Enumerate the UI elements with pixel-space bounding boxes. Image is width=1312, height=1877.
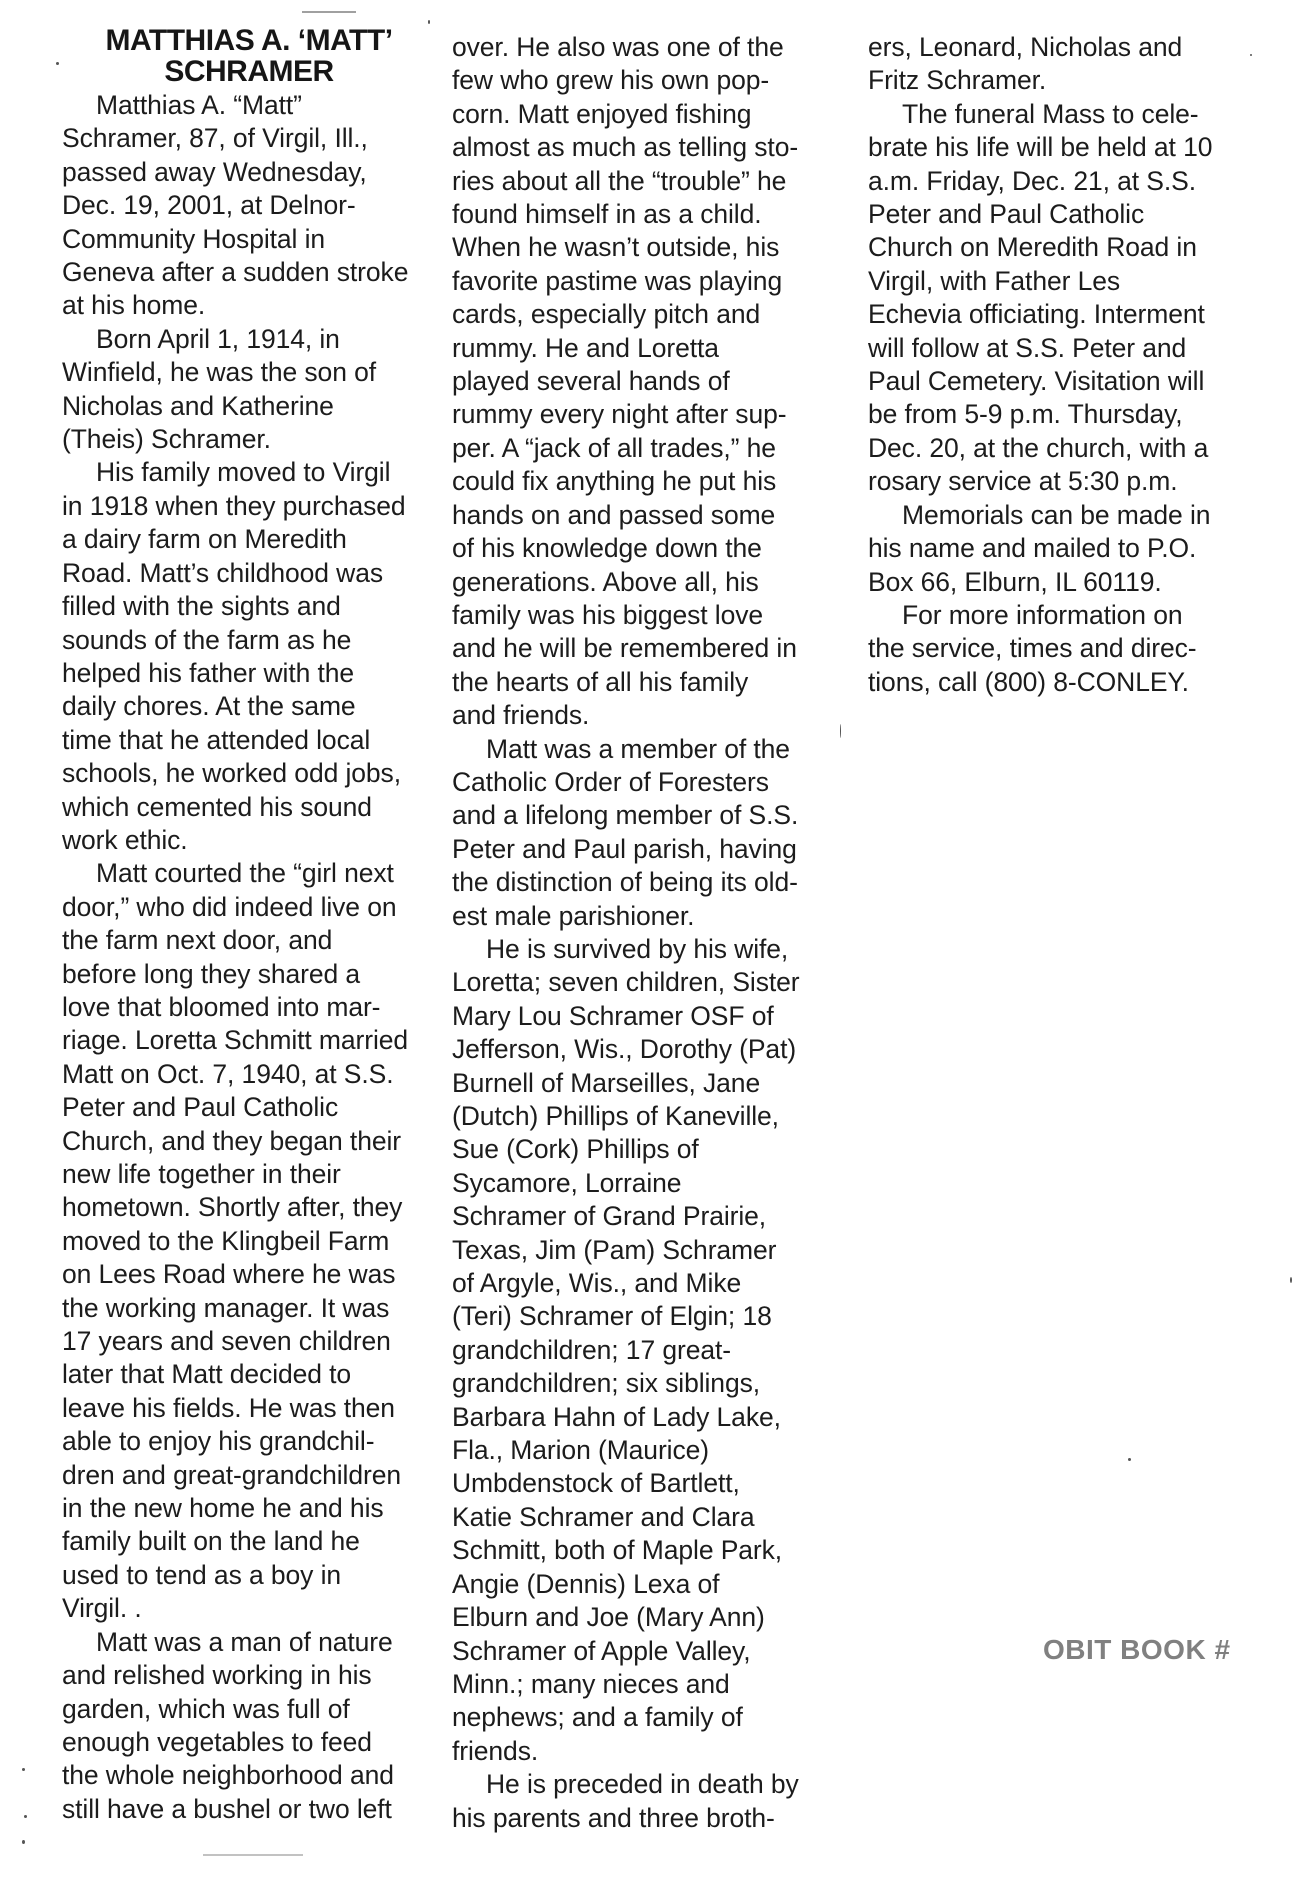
- text-line: cards, especially pitch and: [452, 298, 842, 331]
- text-line: his name and mailed to P.O.: [868, 532, 1248, 565]
- column-2-body: over. He also was one of thefew who grew…: [452, 31, 842, 1835]
- text-line: be from 5-9 p.m. Thursday,: [868, 398, 1248, 431]
- text-line: Fritz Schramer.: [868, 64, 1248, 97]
- text-line: (Dutch) Phillips of Kaneville,: [452, 1100, 842, 1133]
- text-line: and relished working in his: [62, 1659, 422, 1692]
- text-line: and friends.: [452, 699, 842, 732]
- text-line: corn. Matt enjoyed fishing: [452, 98, 842, 131]
- text-line: could fix anything he put his: [452, 465, 842, 498]
- text-line: Virgil, with Father Les: [868, 265, 1248, 298]
- text-line: Angie (Dennis) Lexa of: [452, 1568, 842, 1601]
- column-1-body: Matthias A. “Matt”Schramer, 87, of Virgi…: [62, 89, 422, 1826]
- text-line: est male parishioner.: [452, 900, 842, 933]
- column-1: MATTHIAS A. ‘MATT’ SCHRAMER Matthias A. …: [62, 25, 422, 1826]
- text-line: He is preceded in death by: [452, 1768, 842, 1801]
- text-line: Virgil. .: [62, 1592, 422, 1625]
- text-line: will follow at S.S. Peter and: [868, 332, 1248, 365]
- text-line: sounds of the farm as he: [62, 624, 422, 657]
- text-line: generations. Above all, his: [452, 566, 842, 599]
- text-line: Nicholas and Katherine: [62, 390, 422, 423]
- text-line: helped his father with the: [62, 657, 422, 690]
- text-line: Schramer, 87, of Virgil, Ill.,: [62, 122, 422, 155]
- text-line: Matt was a man of nature: [62, 1626, 422, 1659]
- text-line: of his knowledge down the: [452, 532, 842, 565]
- column-2: over. He also was one of thefew who grew…: [452, 31, 842, 1835]
- text-line: and he will be remembered in: [452, 632, 842, 665]
- text-line: the working manager. It was: [62, 1292, 422, 1325]
- text-line: Community Hospital in: [62, 223, 422, 256]
- text-line: Fla., Marion (Maurice): [452, 1434, 842, 1467]
- text-line: favorite pastime was playing: [452, 265, 842, 298]
- text-line: over. He also was one of the: [452, 31, 842, 64]
- text-line: friends.: [452, 1735, 842, 1768]
- text-line: Box 66, Elburn, IL 60119.: [868, 566, 1248, 599]
- text-line: rummy every night after sup-: [452, 398, 842, 431]
- text-line: Sycamore, Lorraine: [452, 1167, 842, 1200]
- text-line: hometown. Shortly after, they: [62, 1191, 422, 1224]
- text-line: Born April 1, 1914, in: [62, 323, 422, 356]
- scan-speck: [24, 1815, 27, 1818]
- text-line: Matt courted the “girl next: [62, 857, 422, 890]
- text-line: Schramer of Apple Valley,: [452, 1635, 842, 1668]
- text-line: Sue (Cork) Phillips of: [452, 1133, 842, 1166]
- text-line: Umbdenstock of Bartlett,: [452, 1467, 842, 1500]
- text-line: few who grew his own pop-: [452, 64, 842, 97]
- text-line: Road. Matt’s childhood was: [62, 557, 422, 590]
- text-line: the distinction of being its old-: [452, 866, 842, 899]
- text-line: Paul Cemetery. Visitation will: [868, 365, 1248, 398]
- text-line: enough vegetables to feed: [62, 1726, 422, 1759]
- text-line: Geneva after a sudden stroke: [62, 256, 422, 289]
- text-line: Jefferson, Wis., Dorothy (Pat): [452, 1033, 842, 1066]
- text-line: Winfield, he was the son of: [62, 356, 422, 389]
- text-line: Texas, Jim (Pam) Schramer: [452, 1234, 842, 1267]
- text-line: Catholic Order of Foresters: [452, 766, 842, 799]
- text-line: Matthias A. “Matt”: [62, 89, 422, 122]
- text-line: Church, and they began their: [62, 1125, 422, 1158]
- text-line: (Theis) Schramer.: [62, 423, 422, 456]
- text-line: Peter and Paul Catholic: [868, 198, 1248, 231]
- text-line: brate his life will be held at 10: [868, 131, 1248, 164]
- text-line: hands on and passed some: [452, 499, 842, 532]
- text-line: a dairy farm on Meredith: [62, 523, 422, 556]
- obit-book-stamp: OBIT BOOK #: [1043, 1634, 1231, 1666]
- text-line: door,” who did indeed live on: [62, 891, 422, 924]
- text-line: work ethic.: [62, 824, 422, 857]
- text-line: 17 years and seven children: [62, 1325, 422, 1358]
- text-line: which cemented his sound: [62, 791, 422, 824]
- text-line: on Lees Road where he was: [62, 1258, 422, 1291]
- text-line: filled with the sights and: [62, 590, 422, 623]
- text-line: his parents and three broth-: [452, 1802, 842, 1835]
- text-line: schools, he worked odd jobs,: [62, 757, 422, 790]
- text-line: Schramer of Grand Prairie,: [452, 1200, 842, 1233]
- text-line: ers, Leonard, Nicholas and: [868, 31, 1248, 64]
- text-line: still have a bushel or two left: [62, 1793, 422, 1826]
- text-line: Memorials can be made in: [868, 499, 1248, 532]
- text-line: family was his biggest love: [452, 599, 842, 632]
- text-line: played several hands of: [452, 365, 842, 398]
- text-line: before long they shared a: [62, 958, 422, 991]
- text-line: riage. Loretta Schmitt married: [62, 1024, 422, 1057]
- text-line: Church on Meredith Road in: [868, 231, 1248, 264]
- text-line: When he wasn’t outside, his: [452, 231, 842, 264]
- scan-speck: [1128, 1458, 1131, 1461]
- text-line: Loretta; seven children, Sister: [452, 966, 842, 999]
- text-line: dren and great-grandchildren: [62, 1459, 422, 1492]
- bottom-rule-divider: [203, 1854, 303, 1856]
- text-line: He is survived by his wife,: [452, 933, 842, 966]
- text-line: at his home.: [62, 289, 422, 322]
- text-line: Barbara Hahn of Lady Lake,: [452, 1401, 842, 1434]
- text-line: passed away Wednesday,: [62, 156, 422, 189]
- text-line: able to enjoy his grandchil-: [62, 1425, 422, 1458]
- text-line: used to tend as a boy in: [62, 1559, 422, 1592]
- text-line: leave his fields. He was then: [62, 1392, 422, 1425]
- text-line: the whole neighborhood and: [62, 1759, 422, 1792]
- text-line: (Teri) Schramer of Elgin; 18: [452, 1300, 842, 1333]
- text-line: Mary Lou Schramer OSF of: [452, 1000, 842, 1033]
- text-line: a.m. Friday, Dec. 21, at S.S.: [868, 165, 1248, 198]
- text-line: Burnell of Marseilles, Jane: [452, 1067, 842, 1100]
- text-line: new life together in their: [62, 1158, 422, 1191]
- text-line: tions, call (800) 8-CONLEY.: [868, 666, 1248, 699]
- text-line: per. A “jack of all trades,” he: [452, 432, 842, 465]
- text-line: Matt on Oct. 7, 1940, at S.S.: [62, 1058, 422, 1091]
- text-line: Peter and Paul parish, having: [452, 833, 842, 866]
- text-line: in the new home he and his: [62, 1492, 422, 1525]
- text-line: the service, times and direc-: [868, 632, 1248, 665]
- text-line: His family moved to Virgil: [62, 456, 422, 489]
- text-line: of Argyle, Wis., and Mike: [452, 1267, 842, 1300]
- text-line: daily chores. At the same: [62, 690, 422, 723]
- column-3: ers, Leonard, Nicholas andFritz Schramer…: [868, 31, 1248, 699]
- text-line: The funeral Mass to cele-: [868, 98, 1248, 131]
- text-line: Dec. 20, at the church, with a: [868, 432, 1248, 465]
- text-line: Dec. 19, 2001, at Delnor-: [62, 189, 422, 222]
- text-line: and a lifelong member of S.S.: [452, 799, 842, 832]
- headline-line-1: MATTHIAS A. ‘MATT’: [76, 25, 422, 56]
- text-line: the hearts of all his family: [452, 666, 842, 699]
- text-line: Peter and Paul Catholic: [62, 1091, 422, 1124]
- scan-speck: [428, 20, 430, 24]
- text-line: love that bloomed into mar-: [62, 991, 422, 1024]
- text-line: garden, which was full of: [62, 1693, 422, 1726]
- text-line: rosary service at 5:30 p.m.: [868, 465, 1248, 498]
- text-line: Echevia officiating. Interment: [868, 298, 1248, 331]
- text-line: family built on the land he: [62, 1525, 422, 1558]
- text-line: Matt was a member of the: [452, 733, 842, 766]
- text-line: Elburn and Joe (Mary Ann): [452, 1601, 842, 1634]
- scan-speck: [1250, 54, 1252, 56]
- headline-line-2: SCHRAMER: [76, 56, 422, 87]
- text-line: time that he attended local: [62, 724, 422, 757]
- text-line: ries about all the “trouble” he: [452, 165, 842, 198]
- text-line: Minn.; many nieces and: [452, 1668, 842, 1701]
- text-line: Katie Schramer and Clara: [452, 1501, 842, 1534]
- text-line: rummy. He and Loretta: [452, 332, 842, 365]
- text-line: found himself in as a child.: [452, 198, 842, 231]
- scan-speck: [840, 724, 841, 738]
- text-line: moved to the Klingbeil Farm: [62, 1225, 422, 1258]
- text-line: the farm next door, and: [62, 924, 422, 957]
- text-line: nephews; and a family of: [452, 1701, 842, 1734]
- scan-speck: [1290, 1277, 1292, 1283]
- obituary-headline: MATTHIAS A. ‘MATT’ SCHRAMER: [62, 25, 422, 87]
- text-line: grandchildren; six siblings,: [452, 1367, 842, 1400]
- text-line: For more information on: [868, 599, 1248, 632]
- text-line: later that Matt decided to: [62, 1358, 422, 1391]
- scanned-obituary-page: MATTHIAS A. ‘MATT’ SCHRAMER Matthias A. …: [0, 0, 1312, 1877]
- scan-speck: [22, 1840, 25, 1844]
- text-line: in 1918 when they purchased: [62, 490, 422, 523]
- text-line: grandchildren; 17 great-: [452, 1334, 842, 1367]
- text-line: Schmitt, both of Maple Park,: [452, 1534, 842, 1567]
- column-3-body: ers, Leonard, Nicholas andFritz Schramer…: [868, 31, 1248, 699]
- top-rule-divider: [302, 11, 356, 13]
- scan-speck: [56, 62, 59, 65]
- text-line: almost as much as telling sto-: [452, 131, 842, 164]
- scan-speck: [22, 1768, 25, 1771]
